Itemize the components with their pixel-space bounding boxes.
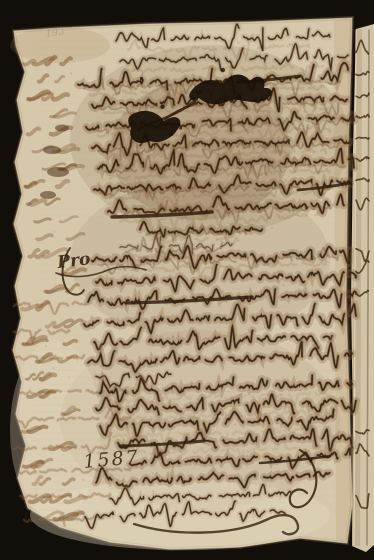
manuscript-svg: 193 Pro 1587 bbox=[0, 0, 374, 560]
manuscript-photo: 193 Pro 1587 bbox=[0, 0, 374, 560]
paragraph-initial-pro: Pro bbox=[55, 249, 91, 273]
